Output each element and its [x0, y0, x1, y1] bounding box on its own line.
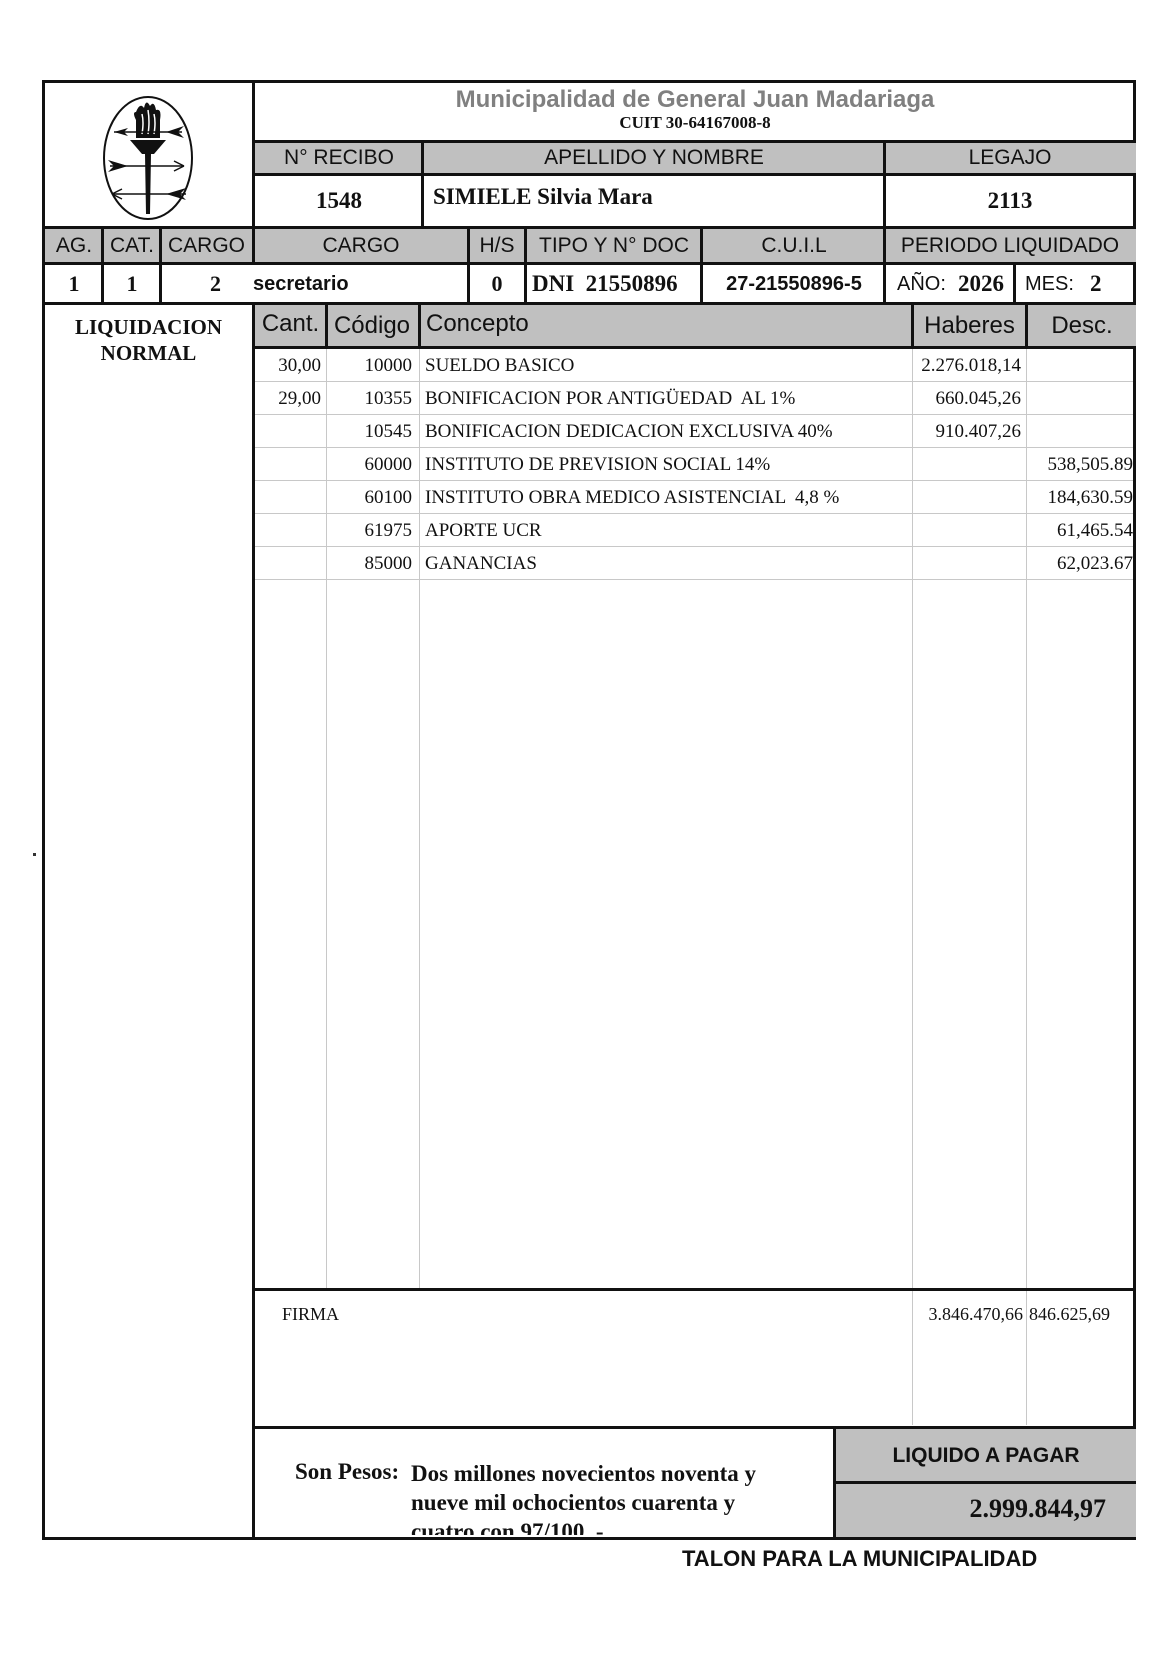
cell-codigo: 60100 — [327, 487, 412, 509]
cat-value: 1 — [103, 265, 161, 303]
firma-label: FIRMA — [282, 1304, 339, 1325]
cell-codigo: 61975 — [327, 520, 412, 542]
mes-value: 2 — [1090, 271, 1120, 301]
cell-haberes: 2.276.018,14 — [913, 355, 1021, 377]
table-row: 29,0010355BONIFICACION POR ANTIGÜEDAD AL… — [255, 382, 1133, 415]
periodo-label: PERIODO LIQUIDADO — [885, 229, 1135, 262]
divider — [42, 262, 1136, 265]
recibo-label: N° RECIBO — [255, 143, 423, 173]
cell-codigo: 85000 — [327, 553, 412, 575]
liquido-label: LIQUIDO A PAGAR — [836, 1431, 1136, 1481]
cell-concepto: BONIFICACION DEDICACION EXCLUSIVA 40% — [425, 421, 905, 443]
cell-concepto: INSTITUTO OBRA MEDICO ASISTENCIAL 4,8 % — [425, 487, 905, 509]
divider — [883, 226, 886, 304]
cell-desc: 184,630.59 — [1027, 487, 1133, 509]
cargo-code-label: CARGO — [161, 229, 252, 262]
son-pesos-line-1: Dos millones novecientos noventa y — [411, 1459, 811, 1488]
cuit-label: CUIT 30-64167008-8 — [255, 112, 1135, 134]
divider — [421, 140, 424, 228]
col-concepto: Concepto — [426, 310, 726, 344]
nombre-label: APELLIDO Y NOMBRE — [423, 143, 885, 173]
talon-label: TALON PARA LA MUNICIPALIDAD — [682, 1546, 1037, 1572]
son-pesos-line-3: cuatro con 97/100 .- — [411, 1517, 811, 1535]
divider — [325, 302, 328, 346]
cell-codigo: 10355 — [327, 388, 412, 410]
col-cant: Cant. — [255, 305, 326, 343]
hs-value: 0 — [469, 265, 525, 303]
cat-label: CAT. — [103, 229, 161, 262]
ag-value: 1 — [45, 265, 103, 303]
cell-cant: 29,00 — [255, 388, 321, 410]
son-pesos-line-2: nueve mil ochocientos cuarenta y — [411, 1488, 811, 1517]
cargo-value: secretario — [253, 273, 463, 303]
cell-codigo: 10000 — [327, 355, 412, 377]
margin-dot — [33, 853, 36, 856]
torch-shield-icon — [100, 94, 196, 222]
nombre-value: SIMIELE Silvia Mara — [433, 184, 873, 224]
cargo-code-value: 2 — [161, 271, 221, 301]
divider — [911, 305, 914, 346]
divider — [101, 226, 104, 304]
doc-value: DNI 21550896 — [532, 271, 702, 301]
table-row: 60100INSTITUTO OBRA MEDICO ASISTENCIAL 4… — [255, 481, 1133, 514]
haberes-total: 3.846.470,66 — [912, 1304, 1023, 1325]
cell-desc: 62,023.67 — [1027, 553, 1133, 575]
municipality-title: Municipalidad de General Juan Madariaga — [255, 86, 1135, 114]
table-row: 30,0010000SUELDO BASICO2.276.018,14 — [255, 349, 1133, 382]
divider — [883, 140, 886, 228]
legajo-label: LEGAJO — [885, 143, 1135, 173]
divider — [700, 226, 703, 304]
divider — [833, 1481, 1136, 1484]
divider — [418, 302, 421, 346]
cell-concepto: APORTE UCR — [425, 520, 905, 542]
cell-concepto: SUELDO BASICO — [425, 355, 905, 377]
divider — [159, 226, 162, 304]
anio-label: AÑO: — [897, 273, 957, 303]
cuil-value: 27-21550896-5 — [703, 265, 885, 303]
cuil-label: C.U.I.L — [703, 229, 885, 262]
divider — [467, 226, 470, 304]
liquidacion-line-2: NORMAL — [45, 340, 252, 366]
divider — [1025, 305, 1028, 346]
cell-haberes: 660.045,26 — [913, 388, 1021, 410]
logo — [100, 94, 196, 222]
cell-desc: 538,505.89 — [1027, 454, 1133, 476]
cell-codigo: 60000 — [327, 454, 412, 476]
divider — [1013, 262, 1016, 304]
table-row: 60000INSTITUTO DE PREVISION SOCIAL 14%53… — [255, 448, 1133, 481]
divider — [252, 1288, 1136, 1291]
mes-label: MES: — [1025, 273, 1085, 303]
cell-haberes: 910.407,26 — [913, 421, 1021, 443]
son-pesos-label: Son Pesos: — [295, 1459, 399, 1485]
table-row: 10545BONIFICACION DEDICACION EXCLUSIVA 4… — [255, 415, 1133, 448]
desc-total: 846.625,69 — [1029, 1304, 1110, 1325]
cargo-label: CARGO — [255, 229, 467, 262]
cell-cant: 30,00 — [255, 355, 321, 377]
legajo-value: 2113 — [885, 176, 1135, 226]
divider — [252, 226, 255, 262]
grid-line — [255, 579, 1133, 580]
cell-concepto: GANANCIAS — [425, 553, 905, 575]
anio-value: 2026 — [958, 271, 1018, 301]
divider — [524, 226, 527, 304]
table-row: 85000GANANCIAS62,023.67 — [255, 547, 1133, 580]
cell-codigo: 10545 — [327, 421, 412, 443]
son-pesos-text: Dos millones novecientos noventa y nueve… — [411, 1459, 811, 1535]
ag-label: AG. — [45, 229, 103, 262]
cell-concepto: BONIFICACION POR ANTIGÜEDAD AL 1% — [425, 388, 905, 410]
col-codigo: Código — [327, 305, 417, 346]
liquido-value: 2.999.844,97 — [836, 1494, 1106, 1524]
recibo-value: 1548 — [255, 176, 423, 226]
col-haberes: Haberes — [913, 305, 1026, 346]
liquidacion-type: LIQUIDACION NORMAL — [45, 314, 252, 366]
cell-desc: 61,465.54 — [1027, 520, 1133, 542]
cell-concepto: INSTITUTO DE PREVISION SOCIAL 14% — [425, 454, 905, 476]
col-desc: Desc. — [1028, 305, 1136, 346]
table-row: 61975APORTE UCR61,465.54 — [255, 514, 1133, 547]
hs-label: H/S — [469, 229, 525, 262]
liquidacion-line-1: LIQUIDACION — [45, 314, 252, 340]
doc-label: TIPO Y N° DOC — [527, 229, 701, 262]
